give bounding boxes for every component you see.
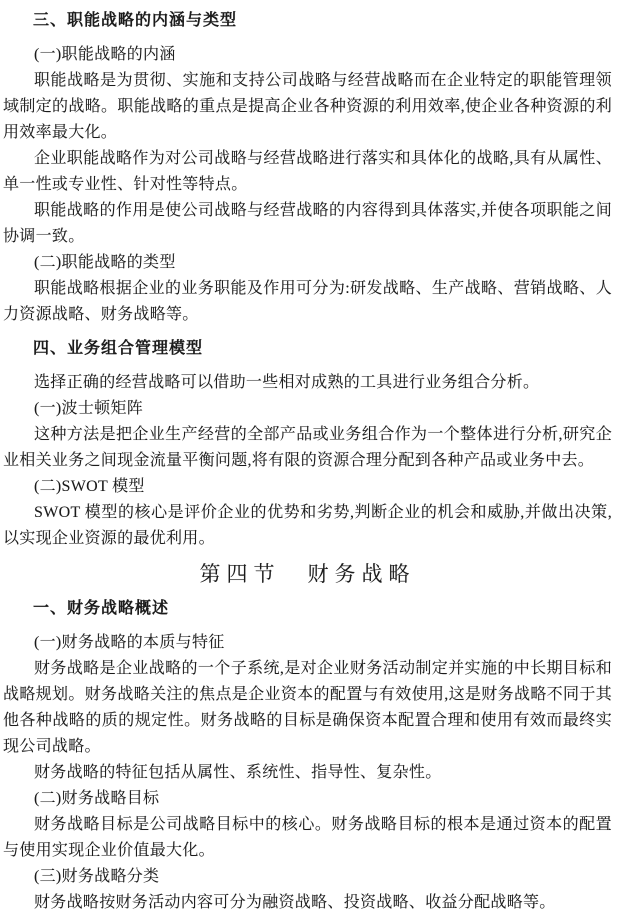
paragraph-financial-strategy-goal-description: 财务战略目标是公司战略目标中的核心。财务战略目标的根本是通过资本的配置与使用实现… [3,812,612,864]
paragraph-swot-model-description: SWOT 模型的核心是评价企业的优势和劣势,判断企业的机会和威胁,并做出决策,以… [3,500,612,552]
heading-functional-strategy-connotation-types: 三、职能战略的内涵与类型 [3,10,612,32]
paragraph-functional-strategy-classification: 职能战略根据企业的业务职能及作用可分为:研发战略、生产战略、营销战略、人力资源战… [3,276,612,328]
heading-business-portfolio-models: 四、业务组合管理模型 [3,338,612,360]
subheading-boston-matrix: (一)波士顿矩阵 [3,396,612,422]
paragraph-functional-strategy-characteristics: 企业职能战略作为对公司战略与经营战略进行落实和具体化的战略,具有从属性、单一性或… [3,146,612,198]
subheading-functional-strategy-types: (二)职能战略的类型 [3,250,612,276]
subheading-financial-strategy-nature: (一)财务战略的本质与特征 [3,630,612,656]
paragraph-functional-strategy-definition: 职能战略是为贯彻、实施和支持公司战略与经营战略而在企业特定的职能管理领域制定的战… [3,68,612,146]
paragraph-functional-strategy-role: 职能战略的作用是使公司战略与经营战略的内容得到具体落实,并使各项职能之间协调一致… [3,198,612,250]
paragraph-financial-strategy-definition: 财务战略是企业战略的一个子系统,是对企业财务活动制定并实施的中长期目标和战略规划… [3,656,612,760]
document-page: 三、职能战略的内涵与类型 (一)职能战略的内涵 职能战略是为贯彻、实施和支持公司… [0,0,617,910]
section-title-financial-strategy: 第四节 财务战略 [3,560,612,588]
heading-financial-strategy-overview: 一、财务战略概述 [3,598,612,620]
subheading-swot-model: (二)SWOT 模型 [3,474,612,500]
paragraph-financial-strategy-features: 财务战略的特征包括从属性、系统性、指导性、复杂性。 [3,760,612,786]
paragraph-boston-matrix-description: 这种方法是把企业生产经营的全部产品或业务组合作为一个整体进行分析,研究企业相关业… [3,422,612,474]
subheading-functional-strategy-connotation: (一)职能战略的内涵 [3,42,612,68]
paragraph-portfolio-analysis-tools: 选择正确的经营战略可以借助一些相对成熟的工具进行业务组合分析。 [3,370,612,396]
paragraph-financial-strategy-classification-desc: 财务战略按财务活动内容可分为融资战略、投资战略、收益分配战略等。 [3,890,612,910]
subheading-financial-strategy-goal: (二)财务战略目标 [3,786,612,812]
subheading-financial-strategy-classification: (三)财务战略分类 [3,864,612,890]
